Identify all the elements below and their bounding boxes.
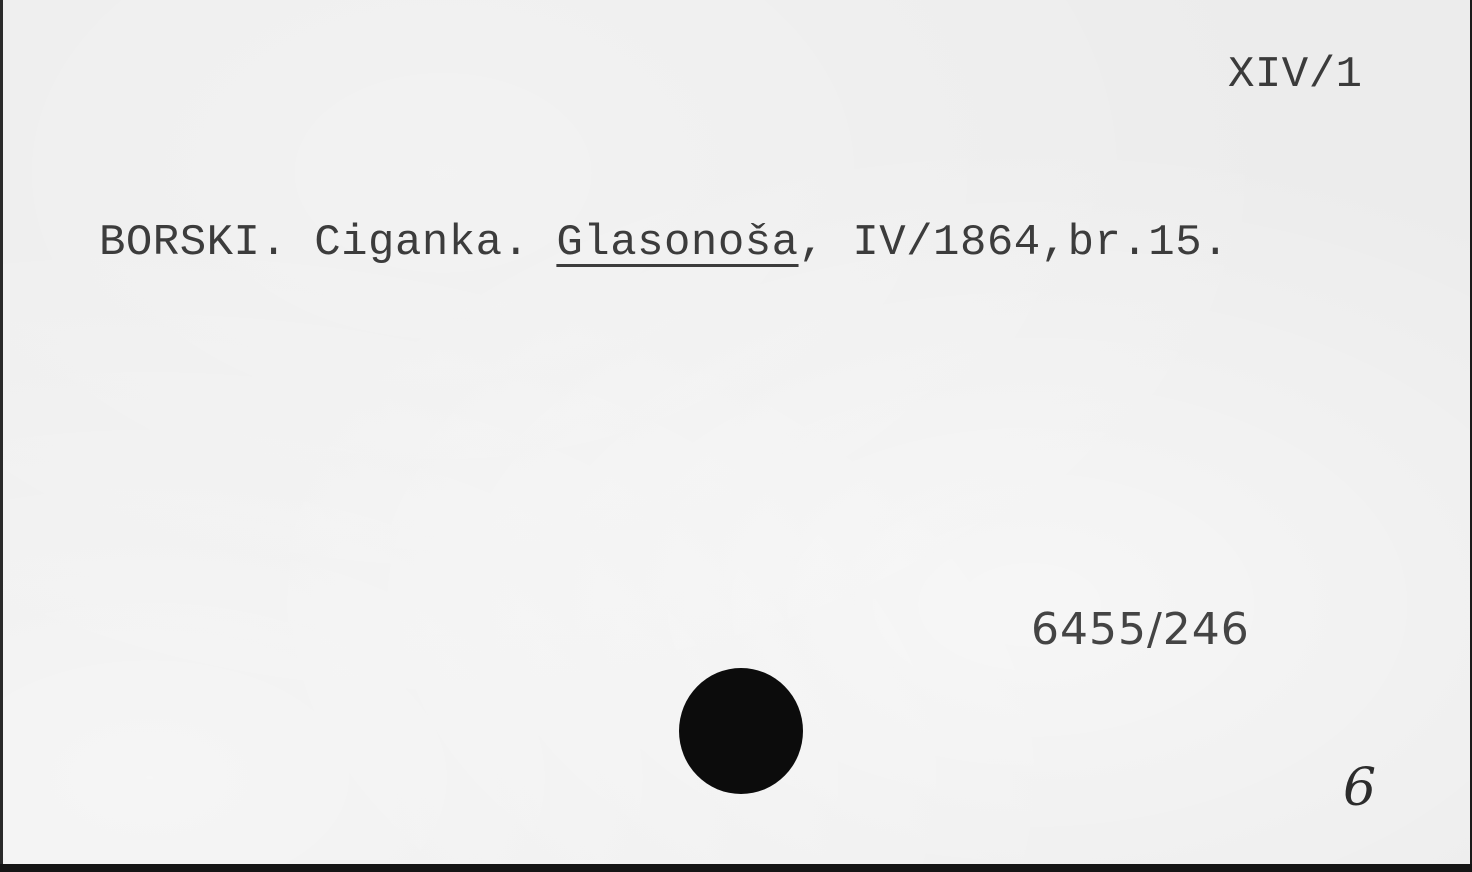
entry-publication: Glasonoša [556, 218, 798, 268]
entry-author: BORSKI. [99, 218, 287, 268]
catalog-card: XIV/1 BORSKI. Ciganka. Glasonoša, IV/186… [3, 0, 1470, 864]
entry-publication-suffix: , [799, 218, 826, 268]
bibliographic-entry: BORSKI. Ciganka. Glasonoša, IV/1864,br.1… [99, 218, 1229, 268]
call-number: XIV/1 [1228, 50, 1363, 100]
entry-citation: IV/1864,br.15. [852, 218, 1229, 268]
card-bottom-edge-shadow [0, 864, 1472, 872]
accession-number: 6455/246 [1031, 604, 1250, 655]
handwritten-mark: 6 [1343, 758, 1376, 818]
punch-hole-icon [679, 668, 803, 794]
entry-title: Ciganka. [314, 218, 529, 268]
